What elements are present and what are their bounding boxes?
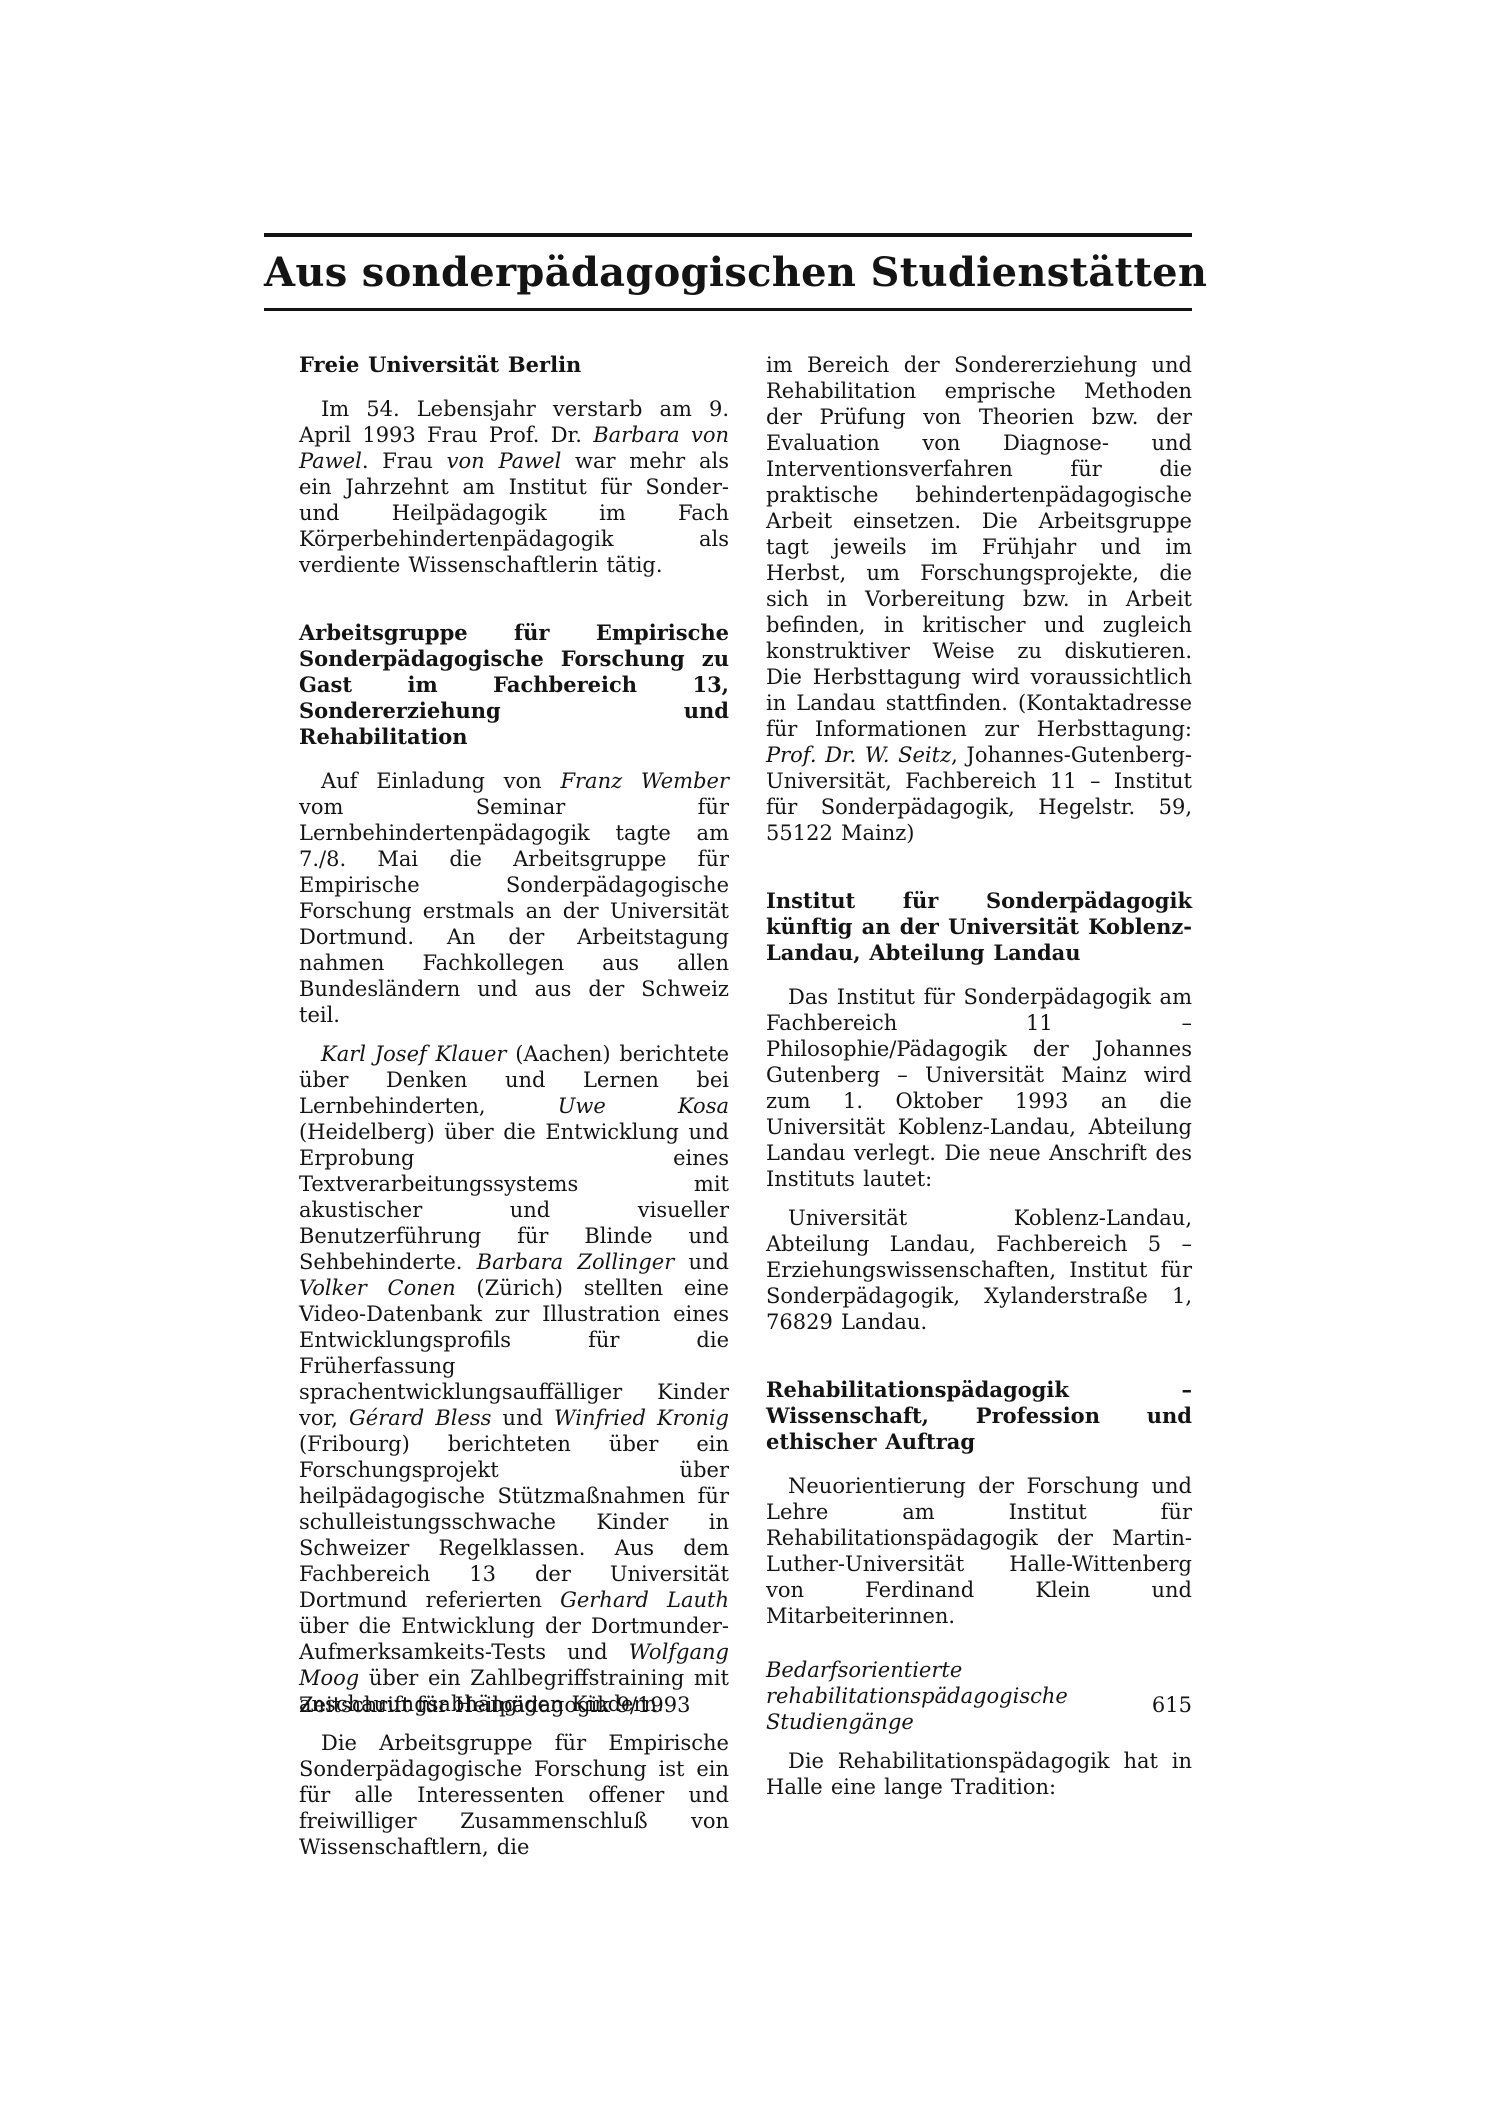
title-rule-bottom — [264, 308, 1192, 311]
emphasis-text: von Pawel — [447, 449, 562, 473]
title-rule-top — [264, 233, 1192, 237]
emphasis-text: Gérard Bless — [349, 1406, 491, 1430]
text-run: und — [491, 1406, 554, 1430]
text-run: Die Arbeitsgruppe für Empirische Sonderp… — [299, 1731, 729, 1859]
body-paragraph: Das Institut für Sonderpädagogik am Fach… — [766, 984, 1192, 1192]
journal-imprint: Zeitschrift für Heilpädagogik 9/1993 — [299, 1692, 691, 1718]
text-run: Neuorientierung der Forschung und Lehre … — [766, 1474, 1192, 1628]
body-paragraph: Neuorientierung der Forschung und Lehre … — [766, 1473, 1192, 1629]
journal-page: Aus sonderpädagogischen Studienstätten F… — [0, 0, 1488, 2105]
emphasis-text: Uwe Kosa — [558, 1094, 729, 1118]
page-title: Aus sonderpädagogischen Studienstätten — [264, 244, 1192, 302]
page-number: 615 — [1152, 1692, 1192, 1718]
text-run: vom Seminar für Lernbehindertenpädagogik… — [299, 795, 729, 1027]
emphasis-text: Prof. Dr. W. Seitz — [766, 743, 951, 767]
emphasis-text: Karl Josef Klauer — [321, 1042, 506, 1066]
body-paragraph: Auf Einladung von Franz Wember vom Semin… — [299, 768, 729, 1028]
emphasis-text: Winfried Kronig — [554, 1406, 729, 1430]
section-heading: Arbeitsgruppe für Empirische Sonderpädag… — [299, 620, 729, 750]
body-paragraph: Die Arbeitsgruppe für Empirische Sonderp… — [299, 1730, 729, 1860]
section-heading: Rehabilitationspädagogik – Wissenschaft,… — [766, 1377, 1192, 1455]
emphasis-text: Franz Wember — [560, 769, 729, 793]
article-columns: Freie Universität BerlinIm 54. Lebensjah… — [299, 352, 1192, 1873]
emphasis-text: Gerhard Lauth — [560, 1588, 729, 1612]
text-run: . Frau — [362, 449, 447, 473]
text-run: Das Institut für Sonderpädagogik am Fach… — [766, 985, 1192, 1191]
text-run: Arbeitsgruppe für Empirische Sonderpädag… — [299, 620, 729, 749]
body-paragraph: Die Rehabilitationspädagogik hat in Hall… — [766, 1748, 1192, 1800]
body-paragraph: Im 54. Lebensjahr verstarb am 9. April 1… — [299, 396, 729, 578]
right-column: im Bereich der Sondererziehung und Rehab… — [766, 352, 1192, 1873]
page-footer: Zeitschrift für Heilpädagogik 9/1993 615 — [299, 1692, 1192, 1718]
body-paragraph: Universität Koblenz-Landau, Abteilung La… — [766, 1205, 1192, 1335]
section-heading: Freie Universität Berlin — [299, 352, 729, 378]
text-run: im Bereich der Sondererziehung und Rehab… — [766, 353, 1192, 741]
text-run: und — [674, 1250, 729, 1274]
text-run: Rehabilitationspädagogik – Wissenschaft,… — [766, 1377, 1192, 1454]
text-run: Freie Universität Berlin — [299, 352, 581, 377]
body-paragraph: im Bereich der Sondererziehung und Rehab… — [766, 352, 1192, 846]
emphasis-text: Volker Conen — [299, 1276, 456, 1300]
masthead: Aus sonderpädagogischen Studienstätten — [264, 233, 1192, 311]
emphasis-text: Barbara Zollinger — [477, 1250, 675, 1274]
text-run: Universität Koblenz-Landau, Abteilung La… — [766, 1206, 1192, 1334]
text-run: Auf Einladung von — [321, 769, 560, 793]
section-heading: Institut für Sonderpädagogik künftig an … — [766, 888, 1192, 966]
body-paragraph: Karl Josef Klauer (Aachen) berichtete üb… — [299, 1041, 729, 1717]
text-run: Institut für Sonderpädagogik künftig an … — [766, 888, 1192, 965]
text-run: Die Rehabilitationspädagogik hat in Hall… — [766, 1749, 1192, 1799]
text-run: (Fribourg) berichteten über ein Forschun… — [299, 1432, 729, 1612]
left-column: Freie Universität BerlinIm 54. Lebensjah… — [299, 352, 729, 1873]
